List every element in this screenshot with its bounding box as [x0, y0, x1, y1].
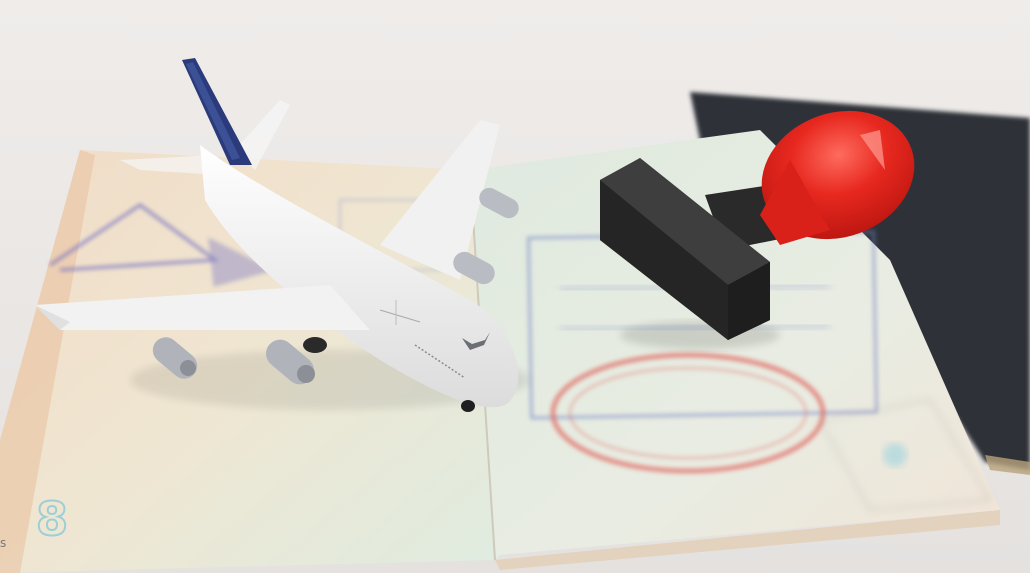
passport-page-number: 8 [36, 492, 68, 546]
photo-illustration [0, 0, 1030, 573]
page-edge-letter: s [0, 536, 6, 550]
photo-scene: 8 s [0, 0, 1030, 573]
